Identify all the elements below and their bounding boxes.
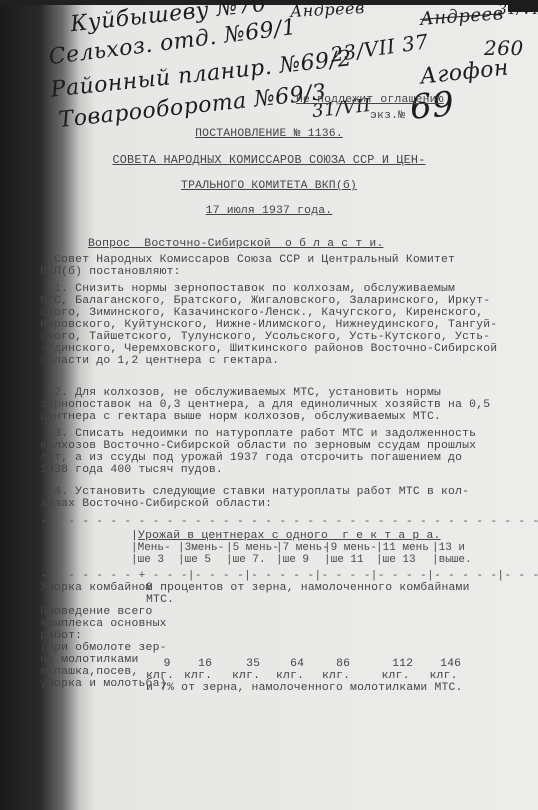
handwritten-signature-struck: Андреев <box>419 3 504 30</box>
row-label: Уборка комбайном <box>40 582 153 594</box>
question-heading: Вопрос Восточно-Сибирской о б л а с т и. <box>88 238 384 250</box>
table-column-header: |7 мень- |ше 9 <box>276 542 329 566</box>
handwritten-note-1-extra: Андреев <box>290 0 366 21</box>
table-header-rule: - - - - - - - + - - -|- - - -|- - - - -|… <box>40 570 538 582</box>
table-column-header: |9 мень- |ше 11 <box>324 542 377 566</box>
paragraph-item-1: 1. Снизить нормы зернопоставок по колхоз… <box>40 283 497 367</box>
table-rate-value: 35 клг. <box>232 658 260 682</box>
table-rate-value: 112 клг. <box>378 658 413 682</box>
document-date: 17 июля 1937 года. <box>206 205 333 217</box>
copy-label: экз.№ <box>370 110 405 122</box>
confidential-stamp: Не подлежит оглашению <box>296 94 444 106</box>
table-group-header: Урожай в центнерах с одного г е к т а р … <box>138 530 441 542</box>
table-rate-value: 16 клг. <box>184 658 212 682</box>
table-column-header: |13 и |выше. <box>432 542 472 566</box>
table-rate-value: 64 клг. <box>276 658 304 682</box>
document-subtitle-2: ТРАЛЬНОГО КОМИТЕТА ВКП(б) <box>181 180 357 192</box>
table-top-rule: - - - - - - - - - - - - - - - - - - - - … <box>40 516 538 528</box>
handwritten-signature-2: Агофон <box>419 55 510 89</box>
table-column-header: |5 мень- |ше 7. <box>226 542 279 566</box>
scan-edge-top <box>0 0 538 5</box>
paragraph-item-3: 3. Списать недоимки по натуроплате работ… <box>40 428 476 476</box>
table-row-note: и 7% от зерна, намолоченного молотилками… <box>146 682 463 694</box>
document-subtitle-1: СОВЕТА НАРОДНЫХ КОМИССАРОВ СОЮЗА ССР И Ц… <box>112 153 425 167</box>
handwritten-corner-date: 31/VII <box>498 2 538 18</box>
paragraph-item-4: 4. Установить следующие ставки натуропла… <box>40 486 469 510</box>
table-column-header: |3мень- |ше 5 <box>178 542 224 566</box>
table-rate-value: 146 клг. <box>426 658 461 682</box>
scanned-document-page: Куйбышеву №70 Андреев Андреев 31/VII Сел… <box>0 0 538 810</box>
paragraph-item-2: 2. Для колхозов, не обслуживаемых МТС, у… <box>40 387 490 423</box>
table-row-combine: Уборка комбайном <box>40 582 153 594</box>
table-rate-value: 9 клг. <box>146 658 174 682</box>
table-rate-value: 86 клг. <box>322 658 350 682</box>
intro-paragraph: Совет Народных Комиссаров Союза ССР и Це… <box>40 254 455 278</box>
table-row-combine-value: 8 процентов от зерна, намолоченного комб… <box>146 582 470 606</box>
handwritten-copy-number: 69 <box>408 84 456 128</box>
table-column-header: |Мень- |ше 3 <box>131 542 171 566</box>
table-column-header: |11 мень |ше 13 <box>376 542 429 566</box>
document-title: ПОСТАНОВЛЕНИЕ № 1136. <box>195 128 343 140</box>
